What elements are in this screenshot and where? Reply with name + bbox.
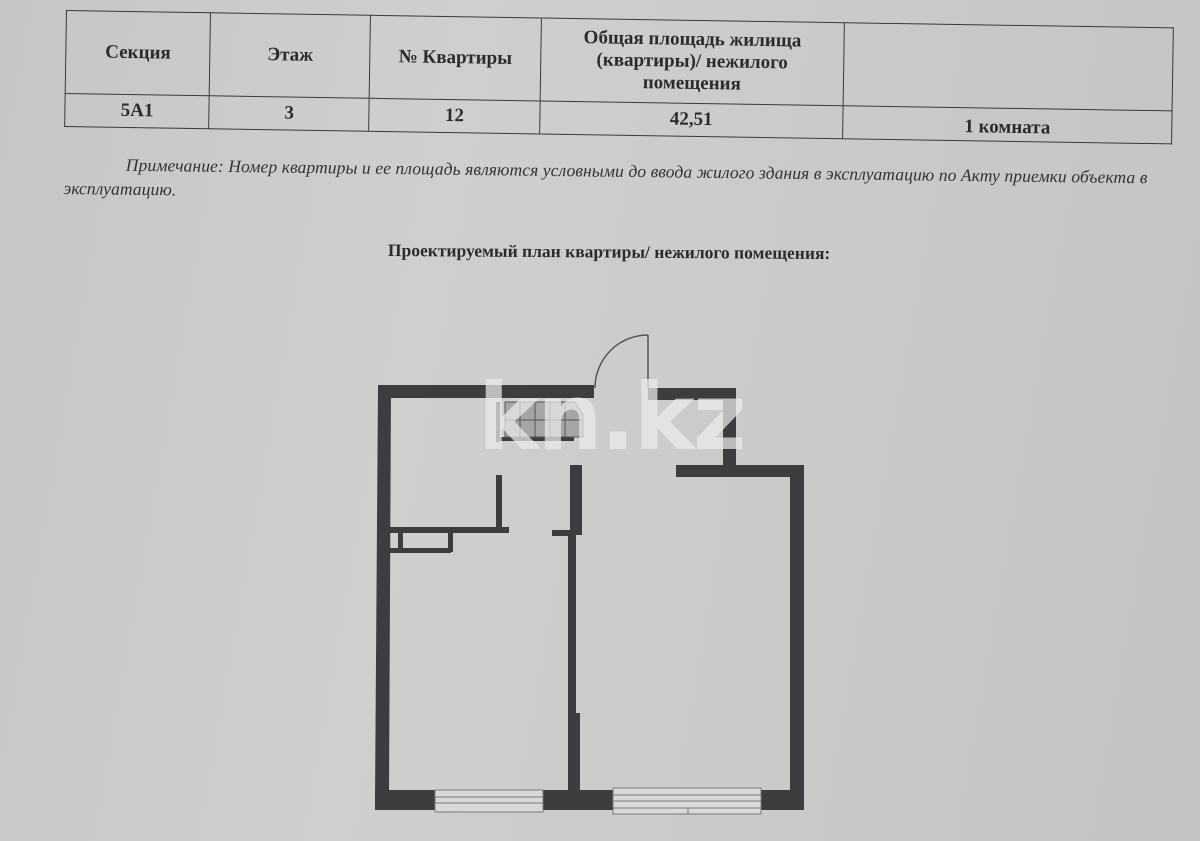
window-left: [435, 790, 543, 812]
watermark-logo: kn.kz: [478, 372, 744, 464]
document-page: Секция Этаж № Квартиры Общая площадь жил…: [0, 0, 1200, 841]
